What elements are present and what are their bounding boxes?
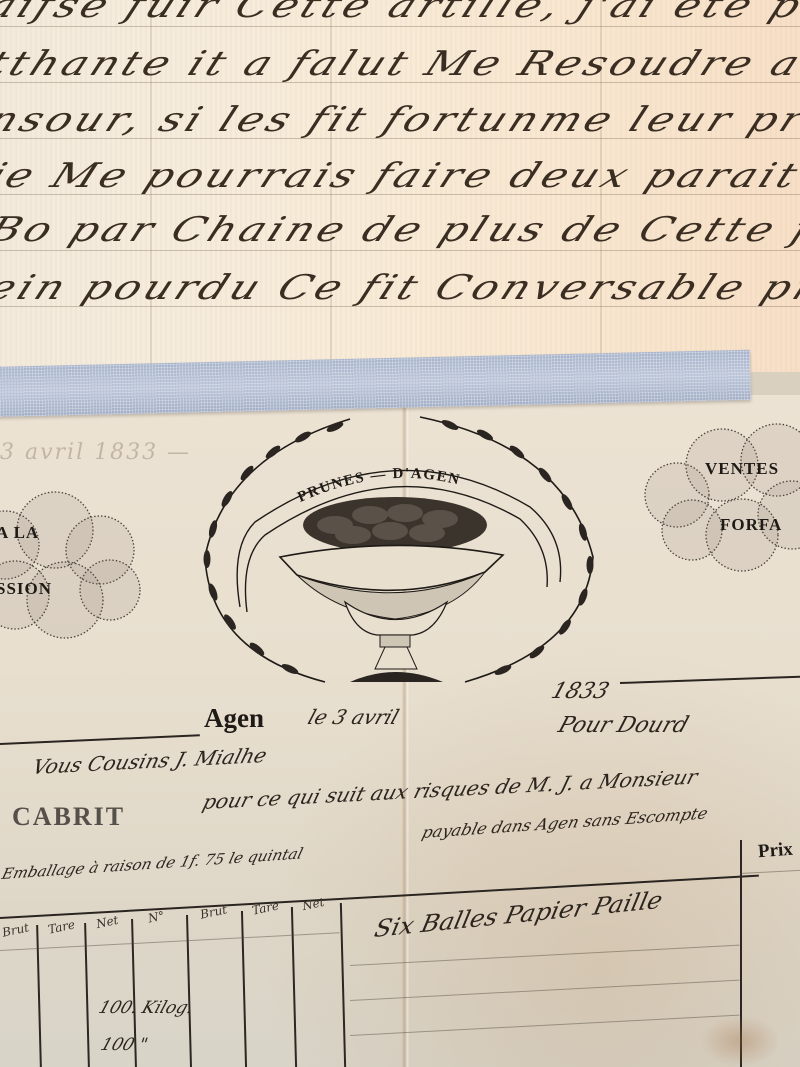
rule-line: [620, 675, 800, 684]
prix-header: Prix: [757, 839, 793, 863]
handwritten-sender: Vous Cousins J. Mialhe: [30, 743, 270, 779]
col-header-net: Net: [301, 895, 326, 913]
prune-bowl-vignette: PRUNES — D'AGEN: [185, 407, 610, 697]
handwritten-year: 1833: [548, 679, 612, 704]
rule-line: [0, 734, 200, 745]
letter-line: aifse fuir Cette artille, j'ai eté prout…: [0, 0, 800, 26]
ghost-date-bleed: 3 avril 1833 —: [0, 440, 191, 465]
letter-line: je Me pourrais faire deux parait Ba: [0, 156, 800, 196]
letter-line: tthante it a falut Me Resoudre a auger: [0, 44, 800, 84]
handwritten-terms: pour ce qui suit aux risques de M. J. a …: [200, 765, 700, 814]
right-cloud-line2: FORFA: [720, 515, 782, 535]
left-cloud-line1: A LA: [0, 523, 39, 543]
letter-line: nsour, si les fit fortunme leur pris a: [0, 100, 800, 140]
letter-line: ein pourdu Ce fit Conversable pr: [0, 268, 800, 308]
handwritten-carriage: Emballage à raison de 1f. 75 le quintal: [0, 845, 305, 883]
col-header-tare: Tare: [251, 898, 280, 917]
letter-line: Bo par Chaine de plus de Cette factur: [0, 210, 800, 250]
fruit-bowl-icon: [280, 497, 503, 682]
col-header-tare: Tare: [47, 917, 76, 936]
handwritten-payable: payable dans Agen sans Escompte: [420, 804, 710, 842]
weight-entry: 100 ": [98, 1035, 150, 1055]
handwritten-letter: aifse fuir Cette artille, j'ai eté prout…: [0, 0, 800, 372]
printed-invoice: 3 avril 1833 — A LA SSION VENTES FORFA: [0, 395, 800, 1067]
paper-stain: [700, 1015, 780, 1067]
handwritten-date: le 3 avril: [305, 705, 402, 729]
right-cloud-line1: VENTES: [705, 459, 779, 479]
weight-entry: 100. Kilog.: [96, 998, 196, 1018]
left-cloud-line2: SSION: [0, 579, 52, 599]
handwritten-recipient: Pour Dourd: [555, 713, 692, 738]
right-cloud-stamp: [632, 420, 800, 580]
merchant-name: CABRIT: [12, 802, 125, 832]
left-cloud-stamp: [0, 485, 150, 645]
col-header-number: N°: [147, 908, 166, 925]
place-agen: Agen: [204, 703, 264, 734]
col-header-brut: Brut: [1, 920, 30, 939]
col-header-net: Net: [95, 913, 120, 931]
